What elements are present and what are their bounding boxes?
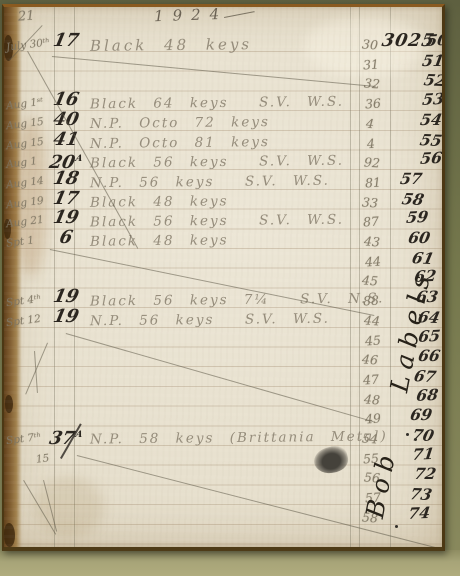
entry-description: N.P. 56 keys S.V. W.S.: [90, 173, 330, 192]
entry-description: N.P. 56 keys S.V. W.S.: [90, 311, 330, 330]
photo-background: 21 1924 3025 505152535455565758596061626…: [0, 0, 460, 576]
tally-number: 87: [352, 213, 389, 231]
entry-description: Black 48 keys: [90, 35, 252, 55]
tally-number: 81: [354, 174, 391, 192]
tally-number: 33: [351, 193, 388, 211]
entry-description: N.P. Octo 72 keys: [90, 114, 270, 132]
year-label: 1924: [154, 5, 229, 26]
entry-description: Black 64 keys S.V. W.S.: [90, 94, 344, 113]
tally-number: 43: [353, 233, 390, 251]
entry-quantity: 19: [46, 287, 86, 307]
entry-description: Black 56 keys S.V. W.S.: [90, 153, 344, 172]
serial-number: 52: [394, 70, 445, 89]
ink-smudge: [311, 443, 350, 476]
ink-speck: [406, 433, 409, 436]
tally-number: 92: [353, 154, 390, 172]
tally-number: 4: [351, 115, 388, 133]
photo-mat-bottom: [0, 550, 460, 576]
column-rule: [54, 7, 55, 547]
serial-number: 54: [391, 111, 444, 128]
entry-description: Black 56 keys 7¼ S.V. N.S.: [90, 291, 385, 310]
pencil-line: [224, 11, 255, 18]
tally-number: 31: [352, 55, 389, 73]
entry-quantity: 17: [46, 189, 86, 209]
entry-description: Black 56 keys S.V. W.S.: [90, 212, 344, 231]
page-number: 21: [17, 8, 35, 24]
column-rule: [350, 7, 351, 547]
entry-date: 15: [35, 452, 50, 466]
serial-number: 51: [393, 52, 445, 69]
serial-number: 55: [390, 129, 443, 148]
binding-edge: [4, 7, 22, 547]
entry-quantity: 18: [46, 169, 86, 189]
entry-description: N.P. Octo 81 keys: [90, 134, 270, 152]
pencil-line: [66, 333, 374, 422]
tally-number: 45: [351, 272, 388, 290]
tally-number: 45: [354, 331, 391, 349]
tally-number: 36: [354, 95, 391, 113]
binding-blotch: [4, 523, 15, 547]
ledger-page: 21 1924 3025 505152535455565758596061626…: [2, 4, 445, 551]
tally-number: 30: [351, 36, 388, 54]
serial-number: 56: [391, 149, 444, 168]
tally-number: 44: [354, 252, 391, 270]
entry-quantity: 17: [46, 31, 86, 51]
entry-date: Spt 4ᵗʰ: [5, 293, 41, 309]
entry-quantity-suffix: A: [74, 154, 83, 164]
ink-speck: [395, 525, 398, 528]
ink-speck: [414, 438, 417, 441]
entry-description: N.P. 58 keys (Brittania Metal): [90, 428, 388, 447]
entry-quantity: 6: [46, 228, 86, 248]
pencil-line: [34, 351, 38, 393]
tally-number: 4: [352, 134, 389, 152]
binding-blotch: [5, 395, 13, 413]
entry-quantity: 19: [46, 208, 86, 228]
serial-number: 53: [393, 90, 445, 109]
column-rule: [74, 7, 75, 547]
entry-quantity: 19: [46, 307, 86, 327]
entry-description: Black 48 keys: [90, 232, 229, 249]
tally-number: 46: [351, 351, 388, 369]
serial-number: 50: [397, 31, 445, 50]
